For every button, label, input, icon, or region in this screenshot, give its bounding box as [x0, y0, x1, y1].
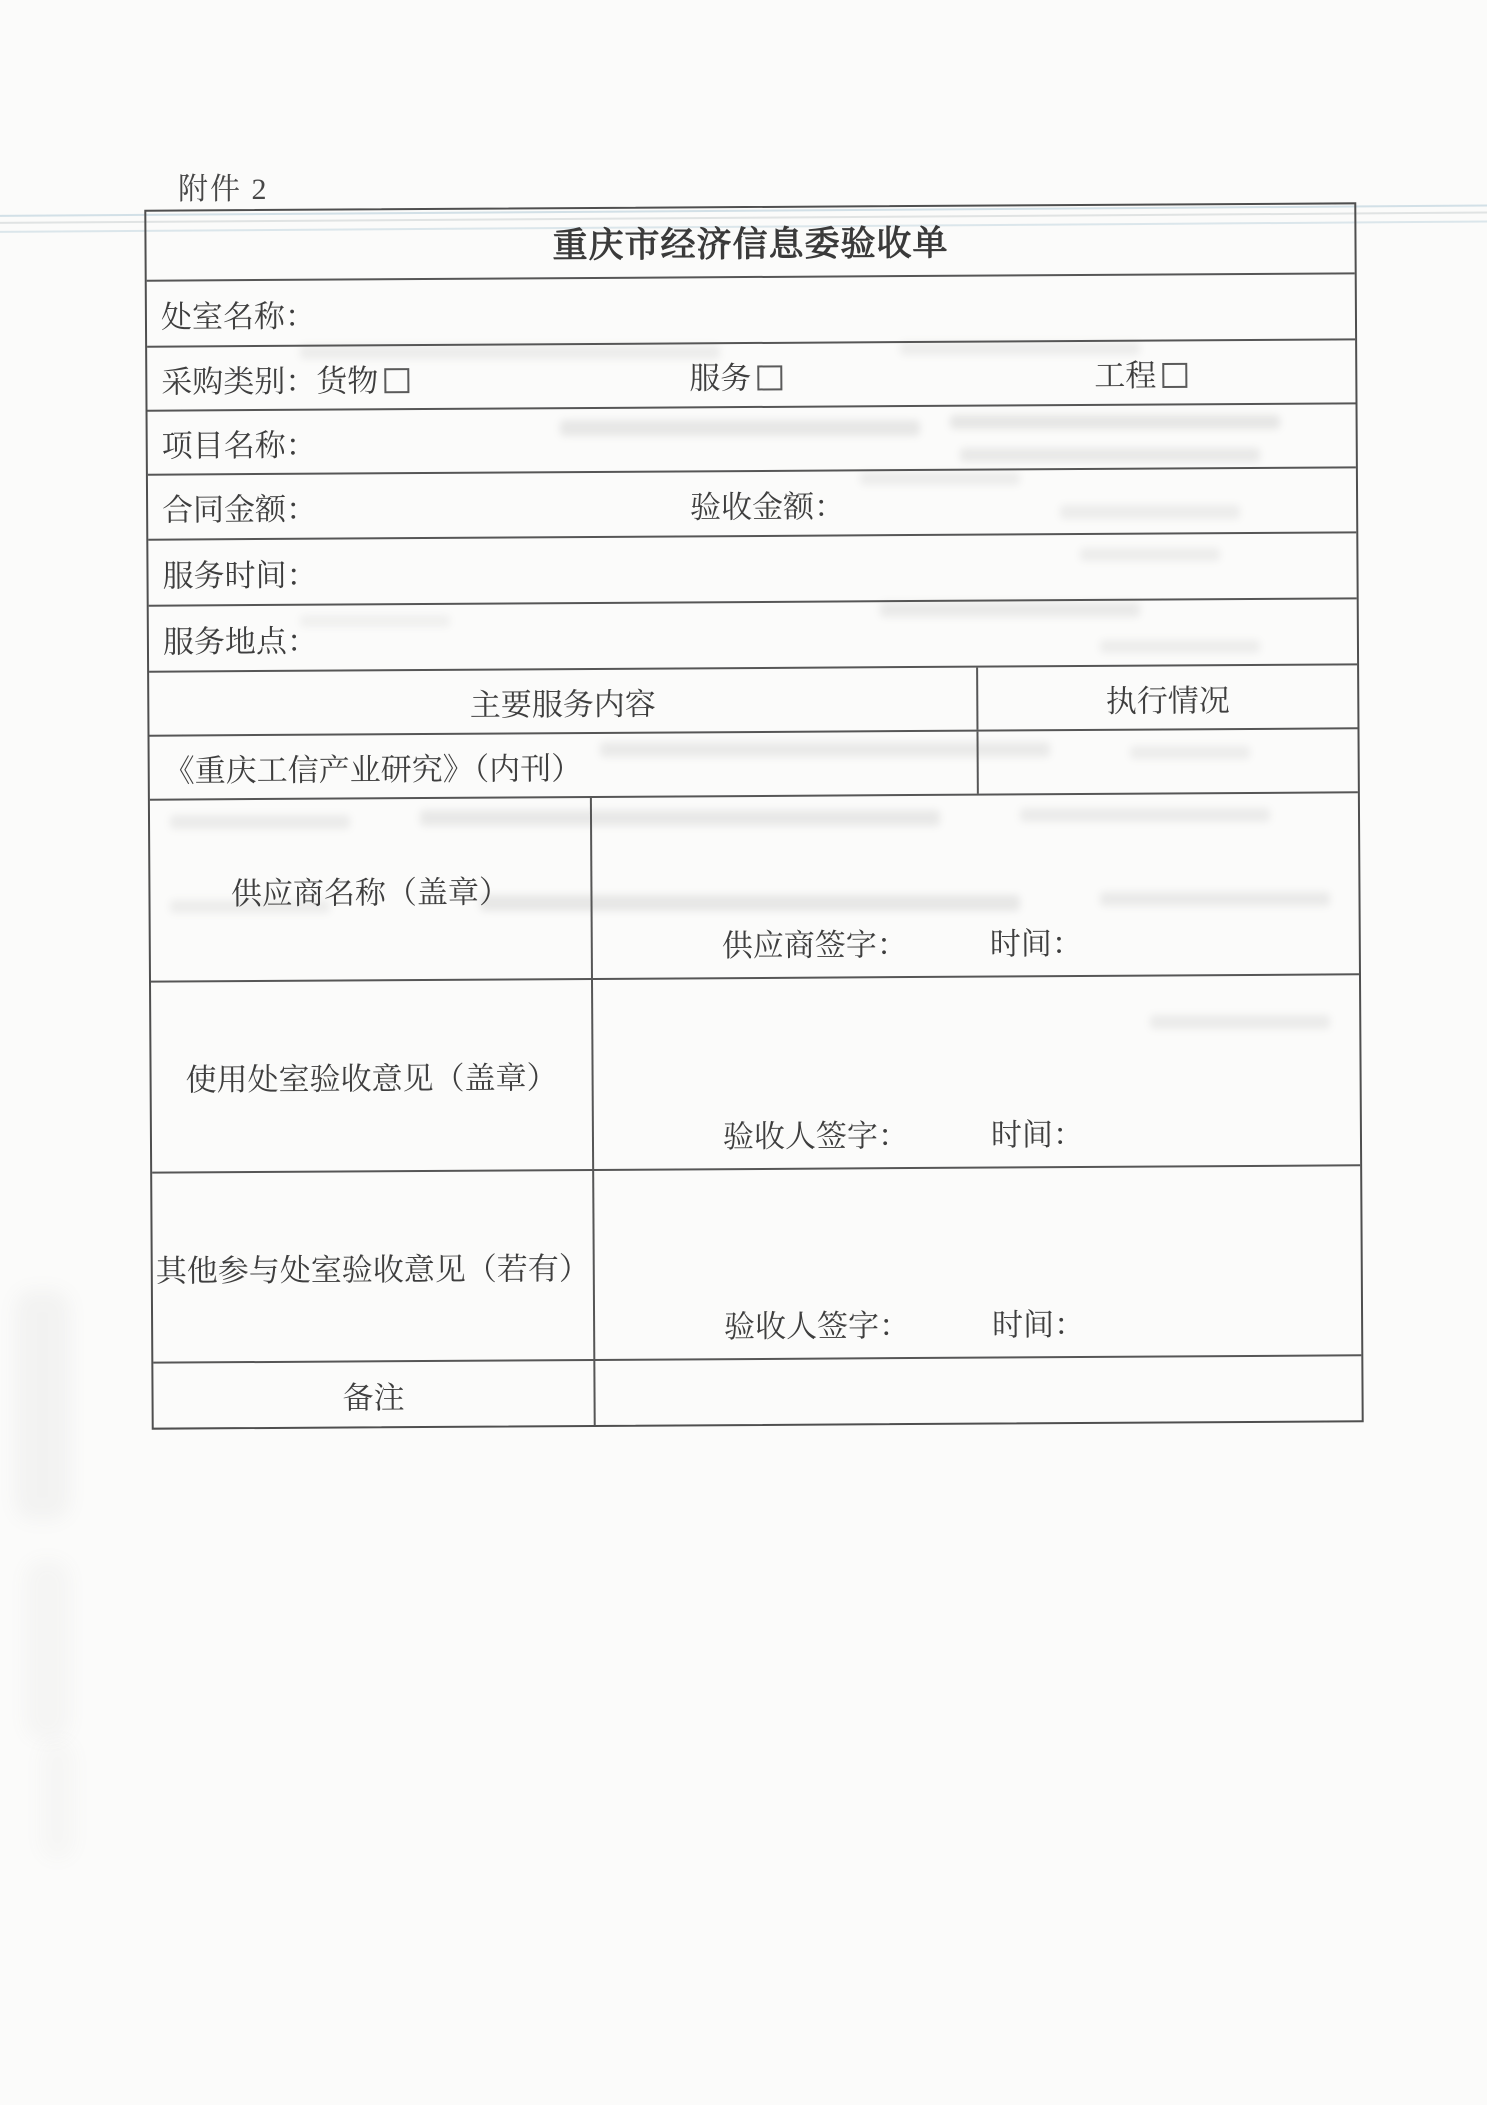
supplier-signature-label: 供应商签字：	[722, 919, 908, 965]
remarks-label: 备注	[342, 1372, 404, 1417]
other-department-signature-cell: 验收人签字： 时间：	[594, 1166, 1361, 1359]
attachment-label: 附件 2	[178, 164, 269, 208]
works-checkbox-icon	[1162, 363, 1187, 388]
user-department-opinion-label-cell: 使用处室验收意见（盖章）	[151, 980, 594, 1172]
category-option-works: 工程	[1094, 350, 1187, 396]
service-option-label: 服务	[689, 361, 751, 396]
scan-smudge-artifact	[15, 1290, 70, 1520]
acceptance-form-table: 重庆市经济信息委验收单 处室名称： 采购类别： 货物 服务 工程 项目名称： 合…	[144, 202, 1363, 1429]
department-name-label: 处室名称：	[147, 290, 316, 336]
other-department-opinion-label: 其他参与处室验收意见（若有）	[156, 1243, 590, 1291]
remarks-value-cell	[595, 1356, 1361, 1425]
acceptance-amount-label: 验收金额：	[690, 480, 845, 526]
other-department-opinion-label-cell: 其他参与处室验收意见（若有）	[152, 1171, 595, 1362]
supplier-signature-cell: 供应商签字： 时间：	[592, 793, 1359, 978]
supplier-time-label: 时间：	[990, 918, 1083, 964]
content-header-label: 主要服务内容	[470, 678, 656, 724]
row-other-department-opinion: 其他参与处室验收意见（若有） 验收人签字： 时间：	[152, 1166, 1361, 1363]
form-title-row: 重庆市经济信息委验收单	[146, 204, 1354, 281]
execution-header-cell: 执行情况	[978, 665, 1357, 729]
row-service-table-header: 主要服务内容 执行情况	[149, 665, 1357, 736]
supplier-label-cell: 供应商名称（盖章）	[150, 798, 593, 981]
execution-header-label: 执行情况	[1106, 675, 1230, 721]
content-item-text: 《重庆工信产业研究》（内刊）	[164, 743, 583, 791]
goods-option-label: 货物	[316, 363, 378, 398]
acceptor-time-label: 时间：	[991, 1109, 1084, 1155]
row-service-time: 服务时间：	[148, 533, 1356, 606]
scan-smudge-artifact	[40, 1740, 75, 1860]
row-project-name: 项目名称：	[148, 404, 1356, 475]
scan-smudge-artifact	[25, 1560, 70, 1740]
acceptor-time-label: 时间：	[992, 1299, 1085, 1345]
execution-value-cell	[978, 729, 1357, 793]
row-amounts: 合同金额： 验收金额：	[148, 468, 1356, 540]
content-item-cell: 《重庆工信产业研究》（内刊）	[150, 732, 979, 799]
category-option-goods: 货物	[316, 355, 409, 401]
row-user-department-opinion: 使用处室验收意见（盖章） 验收人签字： 时间：	[151, 975, 1360, 1173]
supplier-seal-label: 供应商名称（盖章）	[231, 866, 510, 913]
acceptor-signature-label: 验收人签字：	[724, 1300, 910, 1346]
goods-checkbox-icon	[384, 368, 409, 393]
row-remarks: 备注	[153, 1356, 1361, 1427]
document-page: 附件 2 重庆市经济信息委验收单 处室名称： 采购类别： 货物 服务 工程 项目…	[0, 0, 1487, 2105]
row-procurement-category: 采购类别： 货物 服务 工程	[147, 340, 1355, 411]
procurement-category-label: 采购类别：	[147, 355, 316, 401]
row-department-name: 处室名称：	[147, 274, 1355, 347]
row-service-content-item: 《重庆工信产业研究》（内刊）	[150, 729, 1358, 800]
acceptor-signature-label: 验收人签字：	[723, 1110, 909, 1156]
row-service-location: 服务地点：	[149, 599, 1357, 672]
contract-amount-label: 合同金额：	[148, 484, 317, 530]
form-title: 重庆市经济信息委验收单	[552, 216, 948, 268]
service-checkbox-icon	[757, 365, 782, 390]
works-option-label: 工程	[1094, 358, 1156, 393]
project-name-label: 项目名称：	[148, 419, 317, 465]
content-header-cell: 主要服务内容	[149, 668, 978, 735]
row-supplier-seal: 供应商名称（盖章） 供应商签字： 时间：	[150, 793, 1359, 982]
user-department-opinion-label: 使用处室验收意见（盖章）	[185, 1052, 557, 1099]
service-time-label: 服务时间：	[148, 549, 317, 595]
remarks-label-cell: 备注	[153, 1361, 595, 1428]
category-option-service: 服务	[689, 352, 782, 398]
service-location-label: 服务地点：	[149, 615, 318, 661]
user-department-signature-cell: 验收人签字： 时间：	[593, 975, 1360, 1169]
